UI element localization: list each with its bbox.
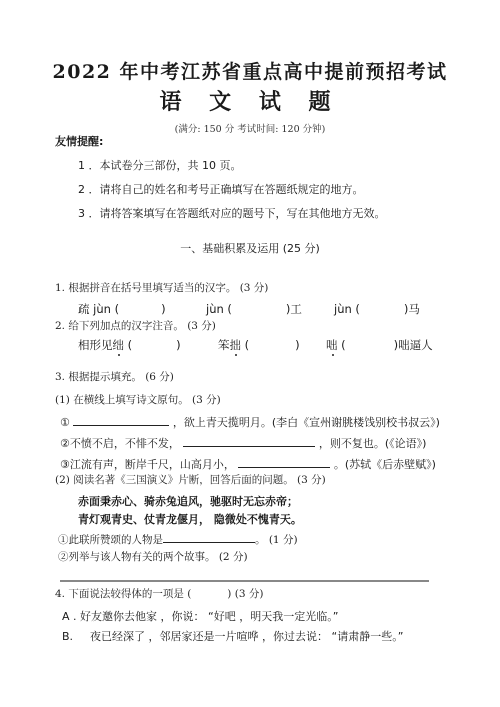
q1-item-1-suffix: ) [161, 302, 166, 316]
q3-line-2-pre: ②不愤不启，不悱不发， [60, 437, 180, 450]
exam-title: 2022 年中考江苏省重点高中提前预招考试 [0, 57, 500, 84]
q2-item-3-open: ( [338, 338, 346, 352]
q3-line-3: ③江流有声，断岸千尺，山高月小， 。(苏轼《后赤壁赋》) [60, 456, 436, 472]
q2-item-1-text: 相形见 [78, 338, 113, 352]
q2-item-3: 咄 ()咄逼人 [326, 337, 433, 353]
q3-line-2-blank[interactable] [183, 435, 315, 447]
couplet-line-1: 赤面秉赤心、骑赤兔追风，驰驱时无忘赤帝； [78, 493, 298, 509]
q1-item-3: jùn ()马 [334, 301, 420, 317]
q3-sub-1-post: 。 (1 分) [255, 534, 298, 546]
reminder-heading: 友情提醒: [55, 133, 103, 149]
question-3-prompt: 3. 根据提示填充。 (6 分) [55, 369, 174, 384]
q2-item-1-dotted-char: 绌 [113, 338, 125, 352]
q4-option-b-label: B. [62, 630, 73, 643]
q1-item-3-suffix: )马 [404, 302, 420, 316]
q3-line-2-post: ，则不复也。(《论语》) [319, 437, 427, 450]
q3-sub-1-blank[interactable] [163, 531, 255, 543]
couplet-line-2: 青灯观青史、仗青龙偃月， 隐微处不愧青天。 [78, 511, 302, 527]
reminder-item: 1 ．本试卷分三部份，共 10 页。 [78, 157, 242, 173]
q1-item-1: 疏 jùn () [78, 301, 166, 317]
q1-item-2-suffix: )工 [286, 302, 302, 316]
q4-option-b-text: 夜已经深了 ，邻居家还是一片喧哗 ，你过去说： “请肃静一些。” [90, 630, 403, 643]
q3-line-3-blank[interactable] [238, 456, 330, 468]
q4-option-a-text: 好友邀你去他家 ，你说： “好吧 ，明天我一定光临。” [80, 610, 338, 623]
question-2-prompt: 2. 给下列加点的汉字注音。 (3 分) [55, 318, 216, 333]
q3-sub-1: ①此联所赞颂的人物是。 (1 分) [58, 531, 298, 547]
reminder-item: 2 ．请将自己的姓名和考号正确填写在答题纸规定的地方。 [78, 181, 364, 197]
q3-line-1-post: ，欲上青天揽明月。(李白《宣州谢朓楼饯别校书叔云》) [173, 416, 440, 429]
q1-item-3-prefix: jùn ( [334, 302, 360, 316]
q2-item-1-close: ) [176, 338, 181, 352]
q2-item-2-text: 笨 [218, 338, 230, 352]
q3-line-1: ① ，欲上青天揽明月。(李白《宣州谢朓楼饯别校书叔云》) [60, 414, 440, 430]
question-3-part-2-prompt: (2) 阅读名著《三国演义》片断，回答后面的问题。 (3 分) [55, 472, 326, 487]
question-4-prompt: 4. 下面说法较得体的一项是 () (3 分) [55, 586, 263, 601]
q2-item-1-open: ( [124, 338, 132, 352]
q3-line-1-pre: ① [60, 416, 70, 429]
q3-line-3-pre: ③江流有声，断岸千尺，山高月小， [60, 458, 235, 471]
q4-prompt-pre: 4. 下面说法较得体的一项是 ( [55, 588, 191, 600]
q2-item-2: 笨拙 () [218, 337, 300, 353]
q1-item-2-prefix: jùn ( [206, 302, 232, 316]
q4-prompt-post: ) (3 分) [227, 588, 263, 600]
q3-line-2: ②不愤不启，不悱不发， ，则不复也。(《论语》) [60, 435, 426, 451]
question-1-prompt: 1. 根据拼音在括号里填写适当的汉字。 (3 分) [55, 280, 268, 295]
q2-item-3-close: )咄逼人 [394, 338, 433, 352]
q2-item-2-dotted-char: 拙 [230, 338, 242, 352]
q2-item-1: 相形见绌 () [78, 337, 181, 353]
q1-item-1-prefix: 疏 jùn ( [78, 302, 119, 316]
q1-item-2: jùn ()工 [206, 301, 302, 317]
reminder-item: 3 ．请将答案填写在答题纸对应的题号下，写在其他地方无效。 [78, 205, 386, 221]
question-3-part-1-prompt: (1) 在横线上填写诗文原句。 (3 分) [55, 392, 221, 407]
exam-subtitle: 语 文 试 题 [0, 85, 500, 116]
q3-line-1-blank[interactable] [73, 414, 169, 426]
q2-item-2-open: ( [241, 338, 249, 352]
q2-item-3-dotted-char: 咄 [326, 338, 338, 352]
q2-item-2-close: ) [295, 338, 300, 352]
q4-option-b: B. 夜已经深了 ，邻居家还是一片喧哗 ，你过去说： “请肃静一些。” [62, 628, 403, 644]
answer-line[interactable] [60, 580, 429, 582]
section-heading: 一、基础积累及运用 (25 分) [0, 240, 500, 256]
q3-line-3-post: 。(苏轼《后赤壁赋》) [334, 458, 436, 471]
q4-option-a-label: A . [62, 610, 77, 623]
q3-sub-1-pre: ①此联所赞颂的人物是 [58, 534, 163, 546]
q3-sub-2: ②列举与该人物有关的两个故事。 (2 分) [58, 549, 248, 564]
q4-option-a: A . 好友邀你去他家 ，你说： “好吧 ，明天我一定光临。” [62, 608, 338, 624]
